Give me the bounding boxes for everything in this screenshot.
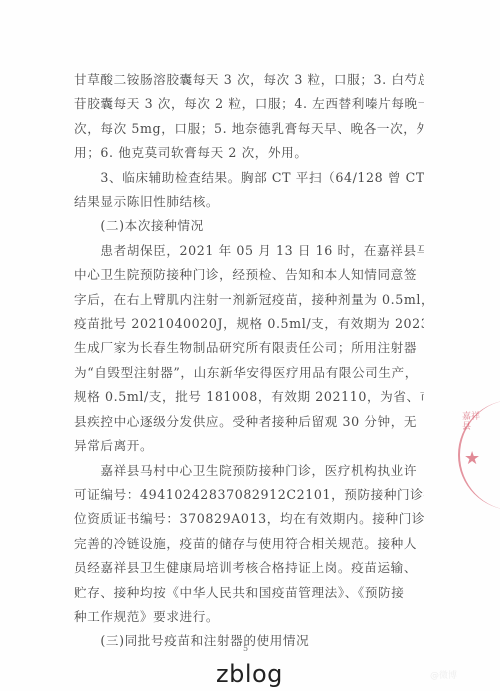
text-line: 规格 0.5ml/支，批号 181008，有效期 202110，为省、市、 xyxy=(74,385,424,409)
text-line: 用；6. 他克莫司软膏每天 2 次，外用。 xyxy=(74,141,424,165)
text-line: 位资质证书编号：370829A013，均在有效期内。接种门诊有 xyxy=(74,507,424,531)
seal-text: 嘉祥县 xyxy=(462,412,484,432)
text-line: 可证编号：49410242837082912C2101，预防接种门诊接种单 xyxy=(74,483,424,507)
section-heading: (二)本次接种情况 xyxy=(74,214,424,238)
text-line: 完善的冷链设施，疫苗的储存与使用符合相关规范。接种人 xyxy=(74,532,424,556)
text-line: 中心卫生院预防接种门诊，经预检、告知和本人知情同意签 xyxy=(74,263,424,287)
text-line: 嘉祥县马村中心卫生院预防接种门诊，医疗机构执业许 xyxy=(74,459,424,483)
text-line: 患者胡保臣，2021 年 05 月 13 日 16 时，在嘉祥县马村 xyxy=(74,239,424,263)
document-page: 甘草酸二铵肠溶胶囊每天 3 次，每次 3 粒，口服；3. 白芍总 苷胶囊每天 3… xyxy=(0,0,500,691)
text-line: 种工作规范》要求进行。 xyxy=(74,605,424,629)
text-line: 3、临床辅助检查结果。胸部 CT 平扫（64/128 曾 CT）： xyxy=(74,166,424,190)
text-line: 县疾控中心逐级分发供应。受种者接种后留观 30 分钟，无 xyxy=(74,410,424,434)
weibo-watermark: @微博 xyxy=(430,668,457,681)
page-number: 5 xyxy=(243,644,248,653)
text-line: 结果显示陈旧性肺结核。 xyxy=(74,190,424,214)
text-line: 字后，在右上臂肌内注射一剂新冠疫苗，接种剂量为 0.5ml， xyxy=(74,288,424,312)
document-body: 甘草酸二铵肠溶胶囊每天 3 次，每次 3 粒，口服；3. 白芍总 苷胶囊每天 3… xyxy=(74,68,424,654)
text-line: 苷胶囊每天 3 次，每次 2 粒，口服；4. 左西替利嗪片每晚一 xyxy=(74,92,424,116)
text-line: 员经嘉祥县卫生健康局培训考核合格持证上岗。疫苗运输、 xyxy=(74,556,424,580)
text-line: 甘草酸二铵肠溶胶囊每天 3 次，每次 3 粒，口服；3. 白芍总 xyxy=(74,68,424,92)
text-line: 异常后离开。 xyxy=(74,434,424,458)
text-line: 为“自毁型注射器”，山东新华安得医疗用品有限公司生产， xyxy=(74,361,424,385)
seal-star-icon: ★ xyxy=(464,448,480,469)
text-line: 疫苗批号 2021040020J，规格 0.5ml/支，有效期为 2023041… xyxy=(74,312,424,336)
text-line: 贮存、接种均按《中华人民共和国疫苗管理法》、《预防接 xyxy=(74,581,424,605)
zblog-watermark: zblog xyxy=(216,660,283,688)
text-line: 生成厂家为长春生物制品研究所有限责任公司；所用注射器 xyxy=(74,336,424,360)
text-line: 次，每次 5mg，口服；5. 地奈德乳膏每天早、晚各一次，外 xyxy=(74,117,424,141)
section-heading: (三)同批号疫苗和注射器的使用情况 xyxy=(74,629,424,653)
